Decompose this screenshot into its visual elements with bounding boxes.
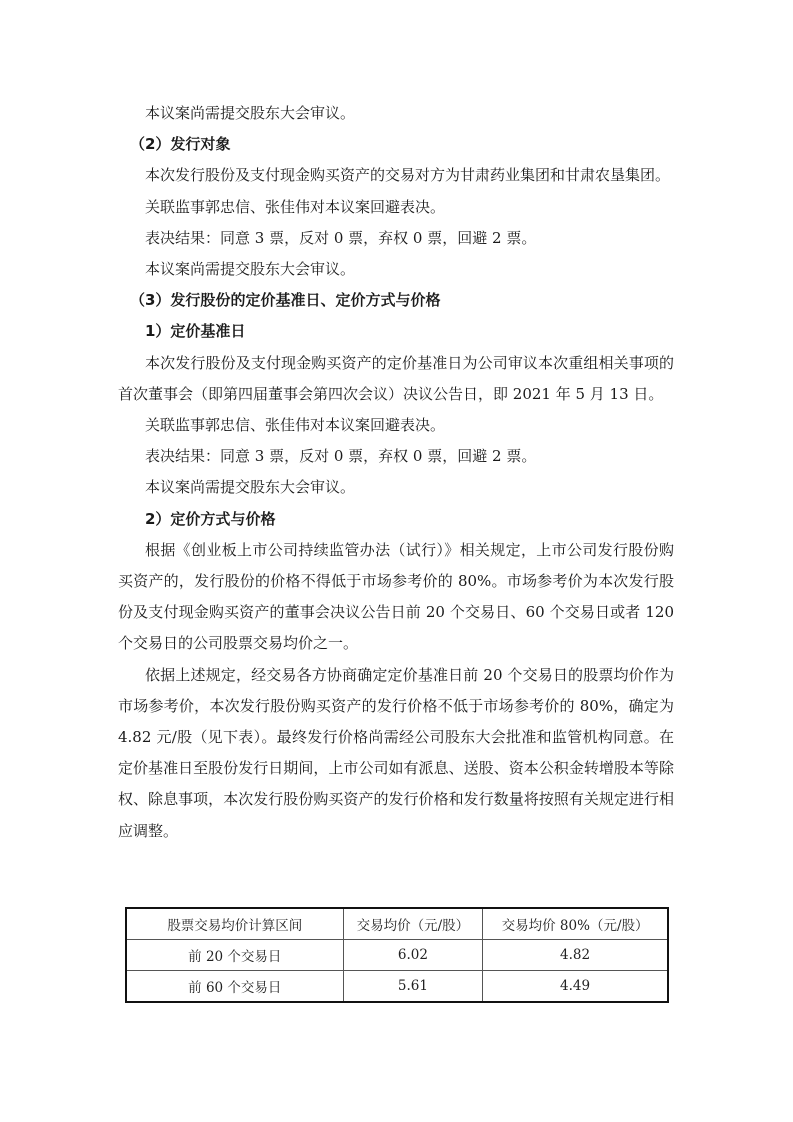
paragraph-counterparties: 本次发行股份及支付现金购买资产的交易对方为甘肃药业集团和甘肃农垦集团。 xyxy=(118,160,674,191)
table-cell: 4.82 xyxy=(483,940,668,971)
table-row: 前 60 个交易日 5.61 4.49 xyxy=(126,971,668,1003)
paragraph-pricing-determination: 依据上述规定，经交易各方协商确定定价基准日前 20 个交易日的股票均价作为市场参… xyxy=(118,660,674,847)
subsection-heading-pricing-method: 2）定价方式与价格 xyxy=(118,504,674,535)
table-cell: 5.61 xyxy=(343,971,483,1003)
paragraph-vote-result: 表决结果：同意 3 票，反对 0 票，弃权 0 票，回避 2 票。 xyxy=(118,223,674,254)
paragraph-recusal: 关联监事郭忠信、张佳伟对本议案回避表决。 xyxy=(118,410,674,441)
paragraph-approval-note: 本议案尚需提交股东大会审议。 xyxy=(118,472,674,503)
table-header-row: 股票交易均价计算区间 交易均价（元/股） 交易均价 80%（元/股） xyxy=(126,908,668,940)
table-cell: 前 20 个交易日 xyxy=(126,940,343,971)
paragraph-approval-note: 本议案尚需提交股东大会审议。 xyxy=(118,98,674,129)
table-cell: 6.02 xyxy=(343,940,483,971)
paragraph-approval-note: 本议案尚需提交股东大会审议。 xyxy=(118,254,674,285)
document-page: 本议案尚需提交股东大会审议。 （2）发行对象 本次发行股份及支付现金购买资产的交… xyxy=(0,0,793,1122)
section-heading-pricing: （3）发行股份的定价基准日、定价方式与价格 xyxy=(118,285,674,316)
paragraph-vote-result: 表决结果：同意 3 票，反对 0 票，弃权 0 票，回避 2 票。 xyxy=(118,441,674,472)
subsection-heading-pricing-date: 1）定价基准日 xyxy=(118,316,674,347)
paragraph-pricing-regulation: 根据《创业板上市公司持续监管办法（试行）》相关规定，上市公司发行股份购买资产的，… xyxy=(118,535,674,660)
table-cell: 前 60 个交易日 xyxy=(126,971,343,1003)
price-table: 股票交易均价计算区间 交易均价（元/股） 交易均价 80%（元/股） 前 20 … xyxy=(125,907,669,1003)
table-header-cell: 股票交易均价计算区间 xyxy=(126,908,343,940)
table-cell: 4.49 xyxy=(483,971,668,1003)
section-heading-issuance-targets: （2）发行对象 xyxy=(118,129,674,160)
table-row: 前 20 个交易日 6.02 4.82 xyxy=(126,940,668,971)
table-header-cell: 交易均价（元/股） xyxy=(343,908,483,940)
paragraph-recusal: 关联监事郭忠信、张佳伟对本议案回避表决。 xyxy=(118,192,674,223)
table-header-cell: 交易均价 80%（元/股） xyxy=(483,908,668,940)
paragraph-pricing-date: 本次发行股份及支付现金购买资产的定价基准日为公司审议本次重组相关事项的首次董事会… xyxy=(118,348,674,410)
document-body: 本议案尚需提交股东大会审议。 （2）发行对象 本次发行股份及支付现金购买资产的交… xyxy=(118,98,674,847)
